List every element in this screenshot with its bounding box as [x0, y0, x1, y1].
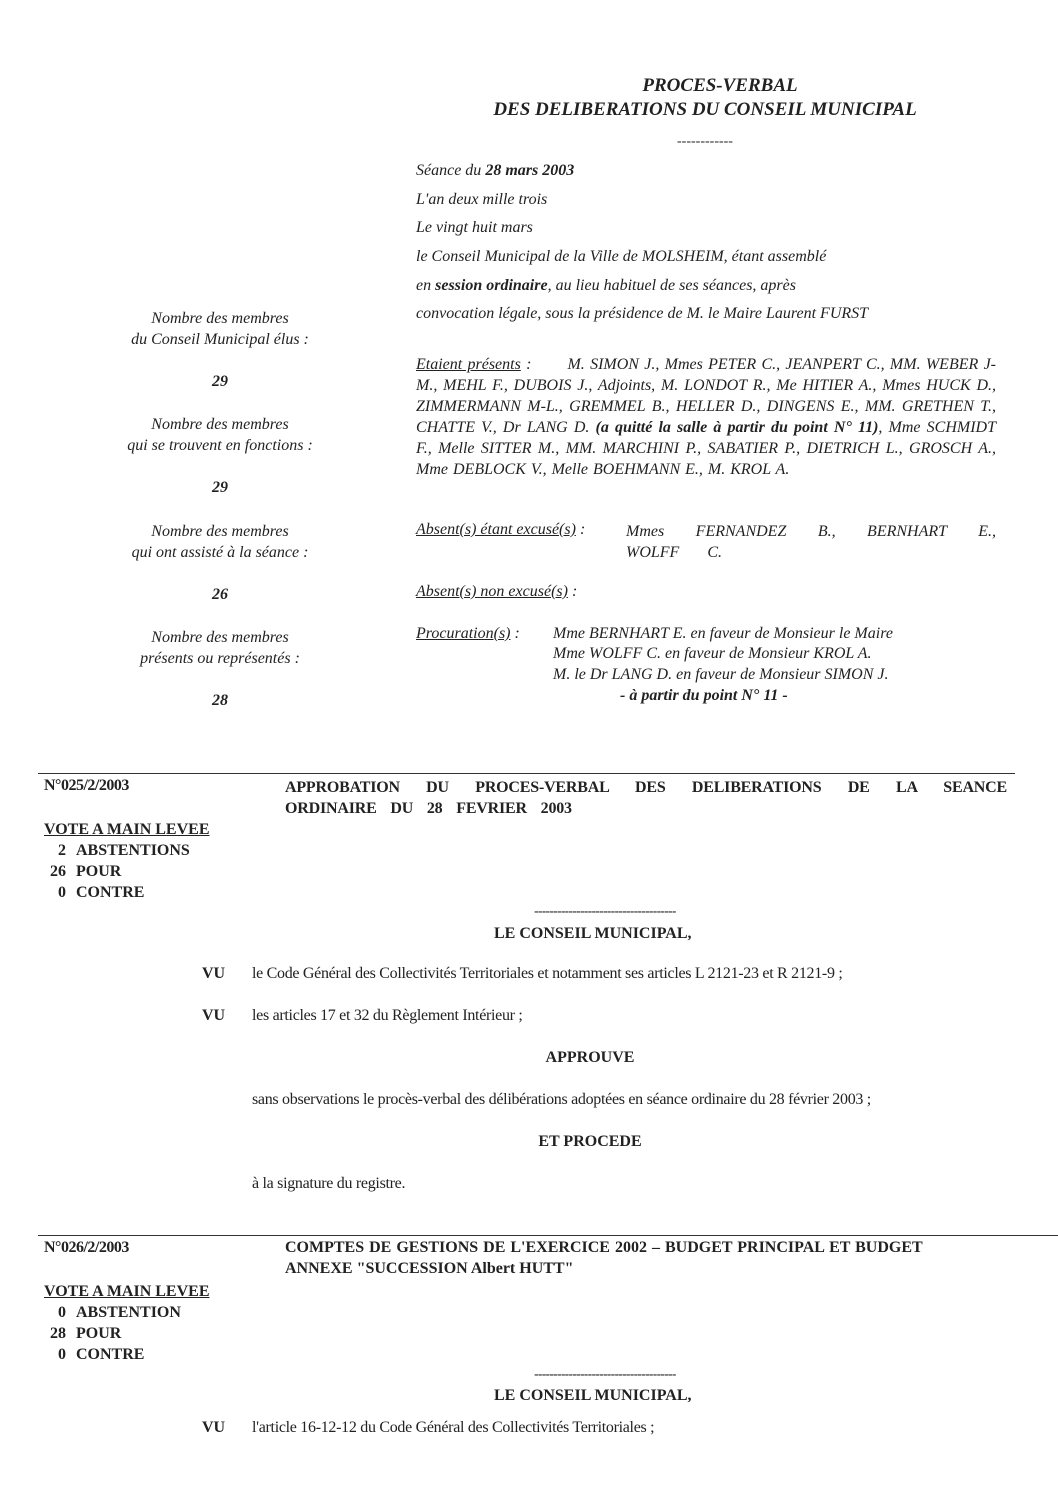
stat-elected-value: 29 [100, 373, 340, 391]
excused-members: Mmes FERNANDEZ B., BERNHART E., WOLFF C. [626, 521, 996, 563]
proxy-label: Procuration(s) : [416, 625, 520, 643]
vu-label: VU [202, 1007, 225, 1025]
document-title-line2: DES DELIBERATIONS DU CONSEIL MUNICIPAL [405, 99, 1005, 121]
stat-attended-value: 26 [100, 586, 340, 604]
proxy-item: Mme BERNHART E. en faveur de Monsieur le… [553, 625, 893, 643]
council-separator: ------------------------------------- [490, 903, 720, 919]
seance-date: 28 mars 2003 [485, 162, 574, 179]
vu-label: VU [202, 1419, 225, 1437]
vu-text: les articles 17 et 32 du Règlement Intér… [252, 1007, 523, 1025]
document-title-line1: PROCES-VERBAL [420, 75, 1020, 97]
year-line: L'an deux mille trois [416, 191, 547, 209]
vote-against: 0CONTRE [44, 1344, 144, 1365]
unexcused-label: Absent(s) non excusé(s) : [416, 583, 577, 601]
section-divider [38, 1235, 1058, 1236]
vote-type: VOTE A MAIN LEVEE [44, 1281, 210, 1302]
present-label: Etaient présents [416, 356, 521, 373]
title-separator: ------------ [605, 134, 805, 150]
deliberation-title-line2: ANNEXE "SUCCESSION Albert HUTT" [285, 1260, 573, 1278]
stat-attended-label: Nombre des membresqui ont assisté à la s… [100, 521, 340, 563]
approve-text: sans observations le procès-verbal des d… [252, 1091, 871, 1109]
seance-line: Séance du 28 mars 2003 [416, 162, 574, 180]
session-line: en session ordinaire, au lieu habituel d… [416, 277, 796, 295]
present-members: Etaient présents :M. SIMON J., Mmes PETE… [416, 354, 996, 480]
vu-text: le Code Général des Collectivités Territ… [252, 965, 843, 983]
vote-abstentions: 0ABSTENTION [44, 1302, 181, 1323]
council-heading: LE CONSEIL MUNICIPAL, [494, 1387, 692, 1405]
deliberation-number: N°026/2/2003 [44, 1239, 129, 1257]
proxy-item: Mme WOLFF C. en faveur de Monsieur KROL … [553, 645, 871, 663]
stat-in-office-value: 29 [100, 479, 340, 497]
proceed-text: à la signature du registre. [252, 1175, 405, 1193]
proceed-heading: ET PROCEDE [490, 1133, 690, 1151]
proxy-note: - à partir du point N° 11 - [620, 687, 788, 705]
deliberation-number: N°025/2/2003 [44, 777, 129, 795]
council-line: le Conseil Municipal de la Ville de MOLS… [416, 248, 826, 266]
vote-type: VOTE A MAIN LEVEE [44, 819, 210, 840]
approve-heading: APPROUVE [490, 1049, 690, 1067]
proxy-item: M. le Dr LANG D. en faveur de Monsieur S… [553, 666, 889, 684]
council-separator: ------------------------------------- [490, 1366, 720, 1382]
council-heading: LE CONSEIL MUNICIPAL, [494, 925, 692, 943]
stat-in-office-label: Nombre des membresqui se trouvent en fon… [100, 414, 340, 456]
section-divider [38, 773, 1015, 774]
day-line: Le vingt huit mars [416, 219, 533, 237]
stat-represented-value: 28 [100, 692, 340, 710]
excused-label: Absent(s) étant excusé(s) : [416, 521, 585, 539]
deliberation-title: APPROBATION DU PROCES-VERBAL DES DELIBER… [285, 777, 1007, 819]
vote-for: 28POUR [44, 1323, 121, 1344]
vu-label: VU [202, 965, 225, 983]
vote-for: 26POUR [44, 861, 121, 882]
vote-abstentions: 2ABSTENTIONS [44, 840, 190, 861]
deliberation-title-line1: COMPTES DE GESTIONS DE L'EXERCICE 2002 –… [285, 1239, 923, 1257]
vote-against: 0CONTRE [44, 882, 144, 903]
stat-elected-label: Nombre des membresdu Conseil Municipal é… [100, 308, 340, 350]
convocation-line: convocation légale, sous la présidence d… [416, 305, 868, 323]
stat-represented-label: Nombre des membresprésents ou représenté… [100, 627, 340, 669]
vu-text: l'article 16-12-12 du Code Général des C… [252, 1419, 654, 1437]
